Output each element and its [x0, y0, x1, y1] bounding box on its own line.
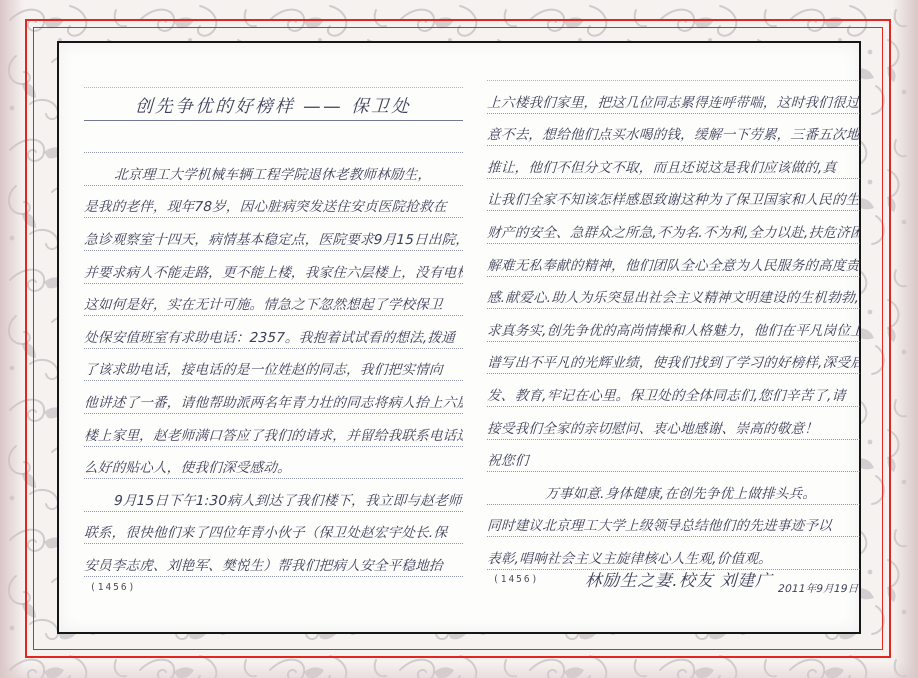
letter-title: 创先争优的好榜样 —— 保卫处: [135, 98, 412, 119]
page-number-right: (1456): [493, 574, 539, 585]
line-text: 祝您们: [487, 454, 529, 471]
line-text: 联系，很快他们来了四位年青小伙子（保卫处赵宏宇处长.保: [84, 526, 448, 543]
line-text: 发、教育,牢记在心里。保卫处的全体同志们,您们辛苦了,请: [487, 389, 846, 406]
line-text: 了该求助电话，接电话的是一位姓赵的同志，我们把实情向: [84, 363, 443, 380]
handwritten-line: 发、教育,牢记在心里。保卫处的全体同志们,您们辛苦了,请: [487, 374, 860, 407]
line-text: 楼上家里，赵老师满口答应了我们的请求，并留给我联系电话这: [84, 429, 463, 446]
handwritten-line: 万事如意.身体健康,在创先争优上做排头兵。: [487, 472, 860, 505]
handwritten-line: 了该求助电话，接电话的是一位姓赵的同志，我们把实情向: [84, 349, 463, 382]
handwritten-line: 安员李志虎、刘艳军、樊悦生）帮我们把病人安全平稳地抬: [84, 544, 463, 577]
handwritten-line: 推让，他们不但分文不取，而且还说这是我们应该做的,真: [487, 146, 860, 179]
page-number-left: (1456): [90, 582, 136, 593]
line-text: 推让，他们不但分文不取，而且还说这是我们应该做的,真: [487, 161, 837, 178]
signature: 林励生之妻.校友 刘建广: [585, 572, 774, 592]
line-text: 谱写出不平凡的光辉业绩，使我们找到了学习的好榜样,深受启: [487, 356, 860, 373]
handwritten-line: 并要求病人不能走路，更不能上楼，我家住六层楼上，没有电梯: [84, 251, 463, 284]
scanned-letter-page: { "page": { "frame_color": "#e3261f", "i…: [0, 0, 918, 678]
handwritten-line: 同时建议北京理工大学上级领导总结他们的先进事迹予以: [487, 505, 860, 538]
handwritten-line: 求真务实,创先争优的高尚情操和人格魅力，他们在平凡岗位上: [487, 309, 860, 342]
line-text: 他讲述了一番，请他帮助派两名年青力壮的同志将病人抬上六层: [84, 396, 463, 413]
line-text: 财产的安全、急群众之所急,不为名.不为利,全力以赴,扶危济困,排忧: [487, 226, 860, 243]
handwritten-line: 急诊观察室十四天，病情基本稳定点，医院要求9月15日出院，: [84, 218, 463, 251]
handwritten-line: 接受我们全家的亲切慰问、衷心地感谢、崇高的敬意！: [487, 407, 860, 440]
handwritten-line: 意不去，想给他们点买水喝的钱，缓解一下劳累，三番五次地: [487, 114, 860, 147]
handwritten-line: 北京理工大学机械车辆工程学院退休老教师林励生，: [84, 153, 463, 186]
handwritten-line: 表彰,唱响社会主义主旋律核心人生观,价值观。: [487, 537, 860, 570]
handwritten-line: 财产的安全、急群众之所急,不为名.不为利,全力以赴,扶危济困,排忧: [487, 211, 860, 244]
letter-sheet: 创先争优的好榜样 —— 保卫处 北京理工大学机械车辆工程学院退休老教师林励生， …: [57, 41, 861, 634]
line-text: 这如何是好，实在无计可施。情急之下忽然想起了学校保卫: [84, 298, 443, 315]
letter-right-page: 上六楼我们家里，把这几位同志累得连呼带喘，这时我们很过 意不去，想给他们点买水喝…: [487, 80, 860, 592]
line-text: 安员李志虎、刘艳军、樊悦生）帮我们把病人安全平稳地抬: [84, 559, 443, 576]
line-text: 上六楼我们家里，把这几位同志累得连呼带喘，这时我们很过: [487, 96, 860, 113]
line-text: 让我们全家不知该怎样感恩致谢这种为了保卫国家和人民的生命: [487, 193, 860, 210]
handwritten-line: 谱写出不平凡的光辉业绩，使我们找到了学习的好榜样,深受启: [487, 342, 860, 375]
signature-row: (1456) 林励生之妻.校友 刘建广 2011年9月19日: [487, 570, 860, 592]
line-text: 同时建议北京理工大学上级领导总结他们的先进事迹予以: [487, 519, 832, 536]
line-text: 接受我们全家的亲切慰问、衷心地感谢、崇高的敬意！: [487, 422, 819, 439]
letter-left-page: 创先争优的好榜样 —— 保卫处 北京理工大学机械车辆工程学院退休老教师林励生， …: [84, 87, 463, 595]
handwritten-line: 感.献爱心.助人为乐突显出社会主义精神文明建设的生机勃勃,: [487, 277, 860, 310]
handwritten-line: 祝您们: [487, 440, 860, 473]
line-text: 意不去，想给他们点买水喝的钱，缓解一下劳累，三番五次地: [487, 128, 860, 145]
handwritten-line: 楼上家里，赵老师满口答应了我们的请求，并留给我联系电话这: [84, 414, 463, 447]
line-text: 9月15日下午1:30病人到达了我们楼下，我立即与赵老师: [84, 494, 462, 511]
signature-date: 2011年9月19日: [777, 584, 858, 598]
line-text: 解难无私奉献的精神，他们团队全心全意为人民服务的高度责任: [487, 259, 860, 276]
letter-title-line: 创先争优的好榜样 —— 保卫处: [84, 87, 463, 121]
line-text: 万事如意.身体健康,在创先争优上做排头兵。: [487, 487, 817, 504]
handwritten-line: 处保安值班室有求助电话：2357。我抱着试试看的想法,拨通: [84, 316, 463, 349]
line-text: 表彰,唱响社会主义主旋律核心人生观,价值观。: [487, 552, 772, 569]
line-text: 处保安值班室有求助电话：2357。我抱着试试看的想法,拨通: [84, 331, 455, 348]
line-text: 北京理工大学机械车辆工程学院退休老教师林励生，: [84, 168, 432, 185]
ruled-line-blank: [84, 121, 463, 154]
handwritten-line: 这如何是好，实在无计可施。情急之下忽然想起了学校保卫: [84, 284, 463, 317]
handwritten-line: 9月15日下午1:30病人到达了我们楼下，我立即与赵老师: [84, 479, 463, 512]
line-text: 并要求病人不能走路，更不能上楼，我家住六层楼上，没有电梯: [84, 266, 463, 283]
line-text: 么好的贴心人，使我们深受感动。: [84, 461, 291, 478]
handwritten-line: 是我的老伴，现年78岁，因心脏病突发送住安贞医院抢救在: [84, 186, 463, 219]
handwritten-line: 解难无私奉献的精神，他们团队全心全意为人民服务的高度责任: [487, 244, 860, 277]
line-text: 是我的老伴，现年78岁，因心脏病突发送住安贞医院抢救在: [84, 200, 447, 217]
line-text: 急诊观察室十四天，病情基本稳定点，医院要求9月15日出院，: [84, 233, 463, 250]
handwritten-line: 上六楼我们家里，把这几位同志累得连呼带喘，这时我们很过: [487, 80, 860, 114]
handwritten-line: 联系，很快他们来了四位年青小伙子（保卫处赵宏宇处长.保: [84, 512, 463, 545]
handwritten-line: 他讲述了一番，请他帮助派两名年青力壮的同志将病人抬上六层: [84, 381, 463, 414]
line-text: 感.献爱心.助人为乐突显出社会主义精神文明建设的生机勃勃,: [487, 291, 860, 308]
line-text: 求真务实,创先争优的高尚情操和人格魅力，他们在平凡岗位上: [487, 324, 860, 341]
handwritten-line: 让我们全家不知该怎样感恩致谢这种为了保卫国家和人民的生命: [487, 179, 860, 212]
handwritten-line: 么好的贴心人，使我们深受感动。: [84, 447, 463, 480]
